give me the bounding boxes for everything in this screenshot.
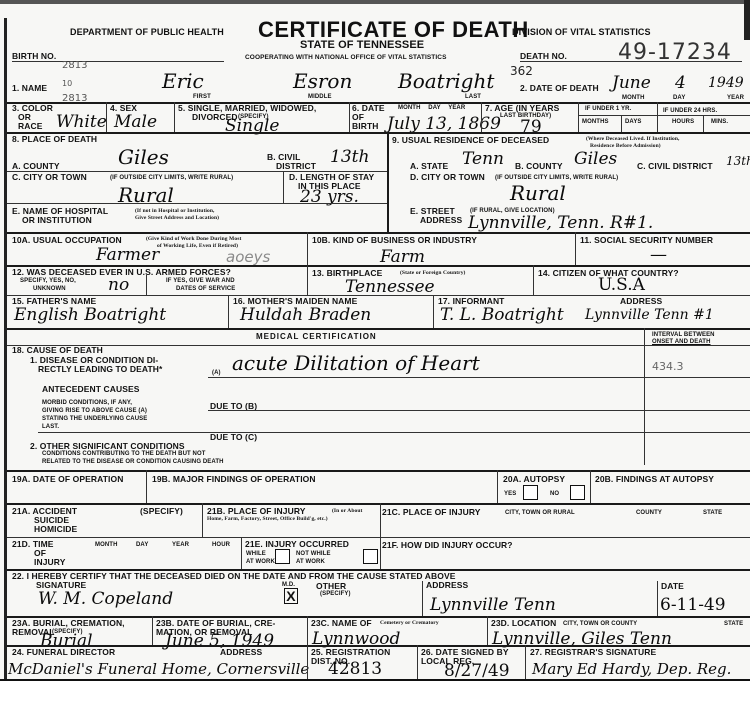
month-col: MONTH — [95, 542, 118, 549]
place-of-injury-b-label: 21B. PLACE OF INJURY — [207, 507, 306, 516]
informant-value: T. L. Boatright — [440, 306, 564, 324]
death-certificate: DEPARTMENT OF PUBLIC HEALTH CERTIFICATE … — [0, 0, 750, 702]
age-label: 7. AGE (IN YEARS — [485, 104, 559, 113]
autopsy-yes-checkbox[interactable] — [523, 485, 538, 500]
last-name-value: Boatright — [398, 72, 494, 90]
cert-date-label: DATE — [661, 582, 684, 591]
divider — [146, 470, 147, 503]
birthplace-value: Tennessee — [345, 278, 435, 296]
divider — [525, 645, 526, 679]
department-label: DEPARTMENT OF PUBLIC HEALTH — [70, 28, 224, 37]
first-name-value: Eric — [162, 72, 204, 90]
morbid-label: MORBID CONDITIONS, IF ANY, — [42, 400, 132, 407]
cemetery-hint: Cemetery or Crematory — [380, 620, 439, 626]
residence-civil-value: 13th — [726, 152, 750, 170]
institution-label: OR INSTITUTION — [22, 216, 92, 225]
city-col: CITY, TOWN OR RURAL — [505, 510, 575, 517]
antecedent-label: ANTECEDENT CAUSES — [42, 385, 140, 394]
divider — [7, 232, 750, 234]
cert-date-value: 6-11-49 — [660, 596, 726, 614]
divider — [7, 203, 387, 204]
city-hint: (IF OUTSIDE CITY LIMITS, WRITE RURAL) — [110, 175, 233, 182]
interval-label: INTERVAL BETWEEN — [652, 332, 715, 339]
autopsy-label: 20A. AUTOPSY — [503, 475, 565, 484]
divider — [497, 470, 498, 503]
death-city-value: Rural — [118, 186, 174, 204]
autopsy-yes-label: YES — [504, 491, 516, 498]
divider — [621, 115, 622, 132]
ssn-label: 11. SOCIAL SECURITY NUMBER — [580, 236, 713, 245]
divider — [7, 503, 750, 505]
divider — [349, 102, 350, 132]
divider — [578, 115, 750, 116]
physician-signature: W. M. Copeland — [38, 590, 173, 608]
divider — [307, 232, 308, 265]
disease-label: RECTLY LEADING TO DEATH* — [38, 365, 162, 374]
divider — [152, 616, 153, 645]
divider — [644, 328, 645, 465]
scan-edge-top — [0, 0, 750, 4]
form-border-left — [4, 18, 7, 698]
day-label: DAY — [673, 95, 685, 102]
mins-label: MINS. — [711, 119, 728, 126]
armed-war: IF YES, GIVE WAR AND — [166, 278, 235, 285]
pencil-note: aoeys — [226, 248, 270, 266]
location-state: STATE — [724, 621, 743, 628]
place-b-hint: (In or About — [332, 508, 362, 514]
divider — [387, 132, 389, 232]
race-value: White — [56, 113, 107, 131]
md-checkbox[interactable]: X — [284, 588, 298, 604]
district-label: DISTRICT — [276, 162, 316, 171]
residence-state-value: Tenn — [462, 150, 504, 168]
divider — [657, 102, 658, 132]
morbid-label: LAST. — [42, 424, 59, 431]
divider — [106, 102, 107, 132]
occupation-label: 10A. USUAL OCCUPATION — [12, 236, 122, 245]
months-label: MONTHS — [582, 119, 609, 126]
other-specify: (SPECIFY) — [320, 591, 351, 598]
race-label: RACE — [18, 122, 43, 131]
civil-district-value: 13th — [330, 148, 369, 166]
divider — [703, 115, 704, 132]
hospital-hint: (If not in Hospital or Institution, — [135, 208, 215, 214]
division-label: DIVISION OF VITAL STATISTICS — [512, 28, 651, 37]
cause-a-value: acute Dilitation of Heart — [232, 354, 480, 372]
middle-label: MIDDLE — [308, 94, 332, 101]
divider — [578, 102, 579, 132]
cert-address-label: ADDRESS — [426, 581, 468, 590]
divider — [422, 581, 423, 616]
res-civil-label: C. CIVIL DISTRICT — [637, 162, 713, 171]
funeral-address-label: ADDRESS — [220, 648, 262, 657]
city-label: C. CITY OR TOWN — [12, 173, 87, 182]
divider — [7, 345, 750, 346]
divider — [575, 232, 576, 265]
citizen-value: U.S.A — [598, 276, 645, 294]
divider — [417, 645, 418, 679]
place-of-death-label: 8. PLACE OF DEATH — [12, 135, 97, 144]
divider — [174, 102, 175, 132]
hospital-hint: Give Street Address and Location) — [135, 215, 219, 221]
funeral-director-value: McDaniel's Funeral Home, Cornersville — [8, 660, 309, 678]
birth-date-value: July 13, 1869 — [387, 115, 501, 133]
res-county-label: B. COUNTY — [515, 162, 563, 171]
residence-county-value: Giles — [574, 150, 617, 168]
occupation-hint: (Give Kind of Work Done During Most — [146, 236, 241, 242]
scan-edge-right — [744, 0, 750, 40]
pencil-note: 10 — [62, 79, 72, 88]
county-label: A. COUNTY — [12, 162, 60, 171]
accident-specify: (SPECIFY) — [140, 507, 183, 516]
date-of-death-label: 2. DATE OF DEATH — [520, 84, 599, 93]
last-label: LAST — [465, 94, 481, 101]
birth-no-label: BIRTH NO. — [12, 52, 56, 61]
res-city-label: D. CITY OR TOWN — [410, 173, 485, 182]
armed-dates: DATES OF SERVICE — [176, 286, 235, 293]
armed-specify: SPECIFY, YES, NO, — [20, 278, 76, 285]
divider — [307, 616, 308, 645]
divider — [657, 581, 658, 616]
divider — [7, 537, 750, 538]
ssn-value: — — [650, 246, 667, 264]
middle-name-value: Esron — [293, 72, 352, 90]
divider — [481, 102, 482, 132]
hour-col: HOUR — [212, 542, 230, 549]
armed-forces-value: no — [108, 276, 129, 294]
divider — [380, 503, 381, 569]
days-label: DAYS — [625, 119, 642, 126]
operation-date-label: 19A. DATE OF OPERATION — [12, 475, 123, 484]
residence-street-value: Lynnville, Tenn. R#1. — [468, 214, 653, 232]
due-to-c-label: DUE TO (C) — [210, 433, 257, 442]
morbid-label: GIVING RISE TO ABOVE CAUSE (A) — [42, 408, 147, 415]
location-label: 23D. LOCATION — [491, 619, 556, 628]
address-label: ADDRESS — [420, 216, 462, 225]
cemetery-label: 23C. NAME OF — [311, 619, 372, 628]
autopsy-findings-label: 20B. FINDINGS AT AUTOPSY — [595, 475, 714, 484]
death-year-value: 1949 — [708, 74, 744, 92]
county-col: COUNTY — [636, 510, 662, 517]
cert-address-value: Lynnville Tenn — [430, 596, 556, 614]
scan-margin-bottom — [0, 681, 750, 702]
not-at-work-label: AT WORK — [296, 559, 325, 566]
divider — [7, 328, 750, 330]
divider — [590, 470, 591, 503]
birth-label: BIRTH — [352, 122, 378, 131]
divider — [146, 275, 147, 295]
divider — [307, 645, 308, 679]
residence-city-value: Rural — [510, 184, 566, 202]
month-label: MONTH — [622, 95, 645, 102]
mother-value: Huldah Braden — [240, 306, 371, 324]
first-label: FIRST — [193, 94, 211, 101]
birthplace-hint: (State or Foreign Country) — [400, 270, 466, 276]
cooperating-label: COOPERATING WITH NATIONAL OFFICE OF VITA… — [245, 53, 447, 62]
divider — [433, 295, 434, 328]
birth-date-columns: MONTH DAY YEAR — [398, 105, 465, 112]
hours-label: HOURS — [672, 119, 694, 126]
divider — [38, 432, 750, 433]
pencil-note: 2813 — [62, 60, 87, 71]
residence-hint: (Where Deceased Lived. If Institution, — [586, 136, 680, 142]
divider — [208, 377, 750, 378]
under-1yr-label: IF UNDER 1 YR. — [585, 106, 631, 113]
location-hint: CITY, TOWN OR COUNTY — [563, 621, 637, 628]
death-day-value: 4 — [675, 74, 686, 92]
father-value: English Boatright — [14, 306, 166, 324]
at-work-label: AT WORK — [246, 559, 275, 566]
while-label: WHILE — [246, 551, 266, 558]
divider — [241, 537, 242, 569]
how-injury-label: 21F. HOW DID INJURY OCCUR? — [382, 541, 513, 550]
registrar-signature: Mary Ed Hardy, Dep. Reg. — [532, 660, 731, 678]
other-label: OTHER — [316, 582, 346, 591]
place-b-hint: Home, Farm, Factory, Street, Office Buil… — [207, 516, 328, 522]
homicide-label: HOMICIDE — [34, 525, 77, 534]
morbid-label: STATING THE UNDERLYING CAUSE — [42, 416, 147, 423]
state-col: STATE — [703, 510, 722, 517]
injury-label: INJURY — [34, 558, 65, 567]
occupation-value: Farmer — [96, 246, 159, 264]
time-label: 21D. TIME — [12, 540, 54, 549]
registration-value: 42813 — [328, 660, 382, 678]
date-signed-value: 8/27/49 — [444, 662, 510, 680]
birth-no-line — [12, 61, 224, 62]
pencil-note: 362 — [510, 64, 533, 78]
divider — [7, 470, 750, 472]
name-label: 1. NAME — [12, 84, 47, 93]
death-county-value: Giles — [118, 148, 169, 166]
death-no-line — [520, 61, 742, 62]
death-month-value: June — [612, 74, 651, 92]
day-col: DAY — [136, 542, 148, 549]
state-label: A. STATE — [410, 162, 448, 171]
sex-value: Male — [114, 113, 157, 131]
year-label: YEAR — [727, 95, 744, 102]
not-while-at-work-checkbox[interactable] — [363, 549, 378, 564]
divider — [228, 295, 229, 328]
other-conditions-label: 2. OTHER SIGNIFICANT CONDITIONS — [30, 442, 185, 451]
funeral-director-label: 24. FUNERAL DIRECTOR — [12, 648, 115, 657]
divider — [307, 265, 308, 295]
autopsy-no-label: NO — [550, 491, 559, 498]
year-col: YEAR — [172, 542, 189, 549]
other-conditions-hint: CONDITIONS CONTRIBUTING TO THE DEATH BUT… — [42, 451, 206, 458]
business-label: 10B. KIND OF BUSINESS OR INDUSTRY — [312, 236, 477, 245]
not-while-label: NOT WHILE — [296, 551, 331, 558]
state-label: STATE OF TENNESSEE — [300, 41, 424, 50]
residence-label: 9. USUAL RESIDENCE OF DECEASED — [392, 136, 549, 145]
while-at-work-checkbox[interactable] — [275, 549, 290, 564]
place-of-injury-c-label: 21C. PLACE OF INJURY — [382, 508, 481, 517]
armed-unknown: UNKNOWN — [33, 286, 66, 293]
business-value: Farm — [380, 248, 425, 266]
under-24hrs-label: IF UNDER 24 HRS. — [663, 108, 717, 115]
operation-findings-label: 19B. MAJOR FINDINGS OF OPERATION — [152, 475, 316, 484]
other-conditions-hint: RELATED TO THE DISEASE OR CONDITION CAUS… — [42, 459, 224, 466]
divider — [533, 265, 534, 295]
autopsy-no-checkbox[interactable] — [570, 485, 585, 500]
injury-occurred-label: 21E. INJURY OCCURRED — [245, 540, 349, 549]
medical-certification-title: MEDICAL CERTIFICATION — [256, 332, 377, 341]
death-no-label: DEATH NO. — [520, 52, 567, 61]
cause-of-death-label: 18. CAUSE OF DEATH — [12, 346, 103, 355]
divider — [7, 132, 750, 134]
cause-a-label: (A) — [212, 370, 221, 377]
registrar-label: 27. REGISTRAR'S SIGNATURE — [530, 648, 656, 657]
divider — [487, 616, 488, 645]
informant-address-label: ADDRESS — [620, 297, 662, 306]
divider — [283, 171, 284, 203]
divider — [208, 410, 750, 411]
divider — [202, 503, 203, 537]
diagnosis-code: 434.3 — [652, 360, 684, 373]
informant-address-value: Lynnville Tenn #1 — [585, 306, 714, 324]
